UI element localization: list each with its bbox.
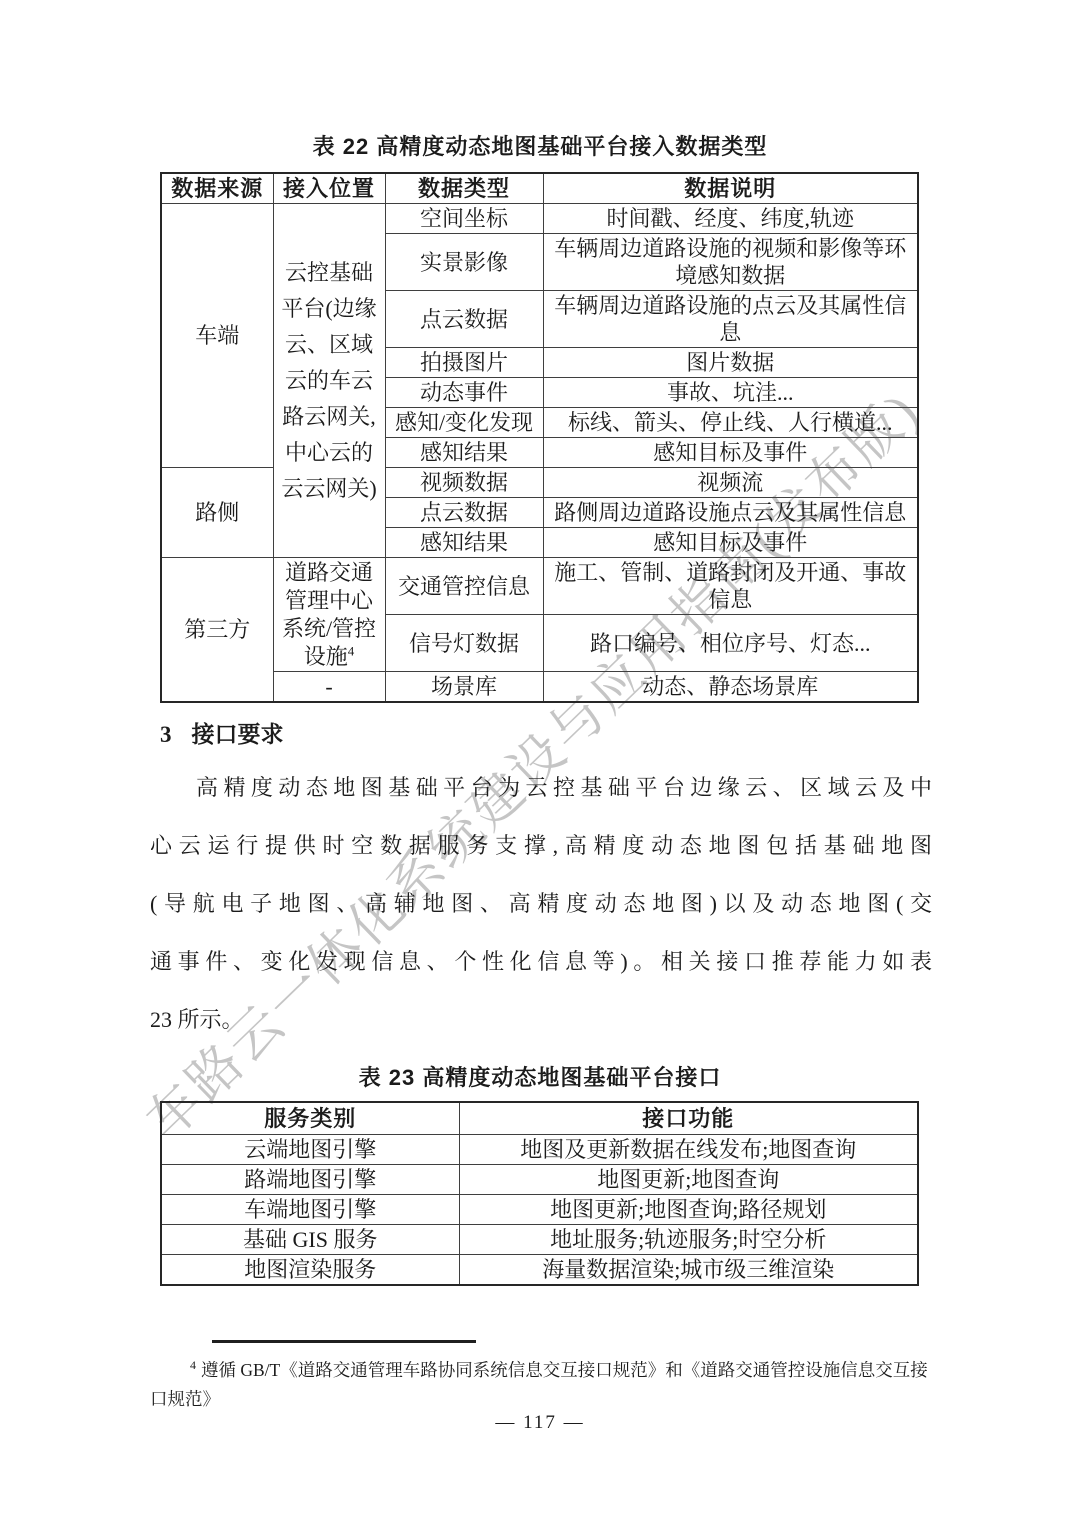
section-number: 3	[160, 722, 172, 747]
cell-data-type: 空间坐标	[385, 204, 543, 234]
table22: 数据来源 接入位置 数据类型 数据说明 车端 云控基础平台(边缘云、区域云的车云…	[160, 172, 919, 703]
cell-function: 地图更新;地图查询;路径规划	[459, 1194, 918, 1224]
footnote-text: 遵循 GB/T《道路交通管理车路协同系统信息交互接口规范》和《道路交通管控设施信…	[150, 1360, 928, 1409]
cell-access-cloud-platform: 云控基础平台(边缘云、区域云的车云路云网关,中心云的云云网关)	[273, 204, 385, 558]
table23-header-function: 接口功能	[459, 1102, 918, 1134]
cell-service: 车端地图引擎	[161, 1194, 459, 1224]
cell-source-roadside: 路侧	[161, 468, 273, 558]
table22-title: 表 22 高精度动态地图基础平台接入数据类型	[0, 130, 1080, 161]
paragraph-line: 通事件、变化发现信息、个性化信息等)。相关接口推荐能力如表	[150, 933, 932, 991]
cell-data-type: 感知/变化发现	[385, 408, 543, 438]
cell-function: 地址服务;轨迹服务;时空分析	[459, 1224, 918, 1254]
cell-access-traffic-center: 道路交通管理中心系统/管控设施4	[273, 558, 385, 672]
paragraph-line: 23 所示。	[150, 991, 932, 1049]
document-page: 车路云一体化系统建设与应用指南(发布版) 表 22 高精度动态地图基础平台接入数…	[0, 0, 1080, 1527]
cell-source-third-party: 第三方	[161, 558, 273, 703]
cell-data-desc: 事故、坑洼...	[543, 378, 918, 408]
cell-data-type: 视频数据	[385, 468, 543, 498]
cell-data-type: 拍摄图片	[385, 348, 543, 378]
table22-header-desc: 数据说明	[543, 173, 918, 204]
table-row: 云端地图引擎 地图及更新数据在线发布;地图查询	[161, 1134, 918, 1164]
cell-data-type: 点云数据	[385, 291, 543, 348]
table23: 服务类别 接口功能 云端地图引擎 地图及更新数据在线发布;地图查询 路端地图引擎…	[160, 1101, 919, 1286]
section-title: 接口要求	[192, 721, 284, 747]
table23-header-row: 服务类别 接口功能	[161, 1102, 918, 1134]
table23-title: 表 23 高精度动态地图基础平台接口	[0, 1061, 1080, 1092]
cell-data-type: 信号灯数据	[385, 615, 543, 672]
cell-data-desc: 路口编号、相位序号、灯态...	[543, 615, 918, 672]
cell-function: 海量数据渲染;城市级三维渲染	[459, 1254, 918, 1285]
cell-data-desc: 感知目标及事件	[543, 528, 918, 558]
page-number: — 117 —	[0, 1412, 1080, 1434]
cell-data-type: 点云数据	[385, 498, 543, 528]
access-traffic-center-text: 道路交通管理中心系统/管控设施	[282, 560, 376, 669]
body-paragraph: 高精度动态地图基础平台为云控基础平台边缘云、区域云及中 心云运行提供时空数据服务…	[150, 759, 932, 1049]
footnote-separator	[212, 1340, 476, 1343]
cell-service: 基础 GIS 服务	[161, 1224, 459, 1254]
cell-data-desc: 时间戳、经度、纬度,轨迹	[543, 204, 918, 234]
paragraph-line: 心云运行提供时空数据服务支撑,高精度动态地图包括基础地图	[150, 817, 932, 875]
table22-header-source: 数据来源	[161, 173, 273, 204]
table-row: 第三方 道路交通管理中心系统/管控设施4 交通管控信息 施工、管制、道路封闭及开…	[161, 558, 918, 615]
cell-data-type: 动态事件	[385, 378, 543, 408]
cell-data-type: 交通管控信息	[385, 558, 543, 615]
cell-function: 地图及更新数据在线发布;地图查询	[459, 1134, 918, 1164]
table22-header-position: 接入位置	[273, 173, 385, 204]
table-row: 基础 GIS 服务 地址服务;轨迹服务;时空分析	[161, 1224, 918, 1254]
cell-data-type: 场景库	[385, 672, 543, 703]
cell-data-type: 感知结果	[385, 438, 543, 468]
paragraph-line: 高精度动态地图基础平台为云控基础平台边缘云、区域云及中	[150, 759, 932, 817]
cell-data-type: 实景影像	[385, 234, 543, 291]
table-row: 地图渲染服务 海量数据渲染;城市级三维渲染	[161, 1254, 918, 1285]
cell-service: 地图渲染服务	[161, 1254, 459, 1285]
table-row: 车端地图引擎 地图更新;地图查询;路径规划	[161, 1194, 918, 1224]
table22-header-row: 数据来源 接入位置 数据类型 数据说明	[161, 173, 918, 204]
cell-service: 云端地图引擎	[161, 1134, 459, 1164]
table23-header-service: 服务类别	[161, 1102, 459, 1134]
table-row: - 场景库 动态、静态场景库	[161, 672, 918, 703]
cell-data-desc: 标线、箭头、停止线、人行横道...	[543, 408, 918, 438]
table-row: 车端 云控基础平台(边缘云、区域云的车云路云网关,中心云的云云网关) 空间坐标 …	[161, 204, 918, 234]
cell-source-vehicle: 车端	[161, 204, 273, 468]
footnote-ref-4: 4	[348, 643, 355, 658]
section-heading: 3接口要求	[160, 716, 284, 749]
cell-data-desc: 感知目标及事件	[543, 438, 918, 468]
table22-header-type: 数据类型	[385, 173, 543, 204]
content-layer: 表 22 高精度动态地图基础平台接入数据类型 数据来源 接入位置 数据类型 数据…	[0, 0, 1080, 1527]
table-row: 路端地图引擎 地图更新;地图查询	[161, 1164, 918, 1194]
cell-data-desc: 车辆周边道路设施的视频和影像等环境感知数据	[543, 234, 918, 291]
cell-data-desc: 视频流	[543, 468, 918, 498]
cell-data-desc: 动态、静态场景库	[543, 672, 918, 703]
cell-service: 路端地图引擎	[161, 1164, 459, 1194]
cell-data-type: 感知结果	[385, 528, 543, 558]
paragraph-line: (导航电子地图、高辅地图、高精度动态地图)以及动态地图(交	[150, 875, 932, 933]
cell-data-desc: 路侧周边道路设施点云及其属性信息	[543, 498, 918, 528]
footnote-mark: 4	[190, 1358, 196, 1372]
cell-data-desc: 车辆周边道路设施的点云及其属性信息	[543, 291, 918, 348]
cell-data-desc: 施工、管制、道路封闭及开通、事故信息	[543, 558, 918, 615]
cell-data-desc: 图片数据	[543, 348, 918, 378]
footnote: 4遵循 GB/T《道路交通管理车路协同系统信息交互接口规范》和《道路交通管控设施…	[150, 1351, 934, 1414]
cell-access-dash: -	[273, 672, 385, 703]
cell-function: 地图更新;地图查询	[459, 1164, 918, 1194]
